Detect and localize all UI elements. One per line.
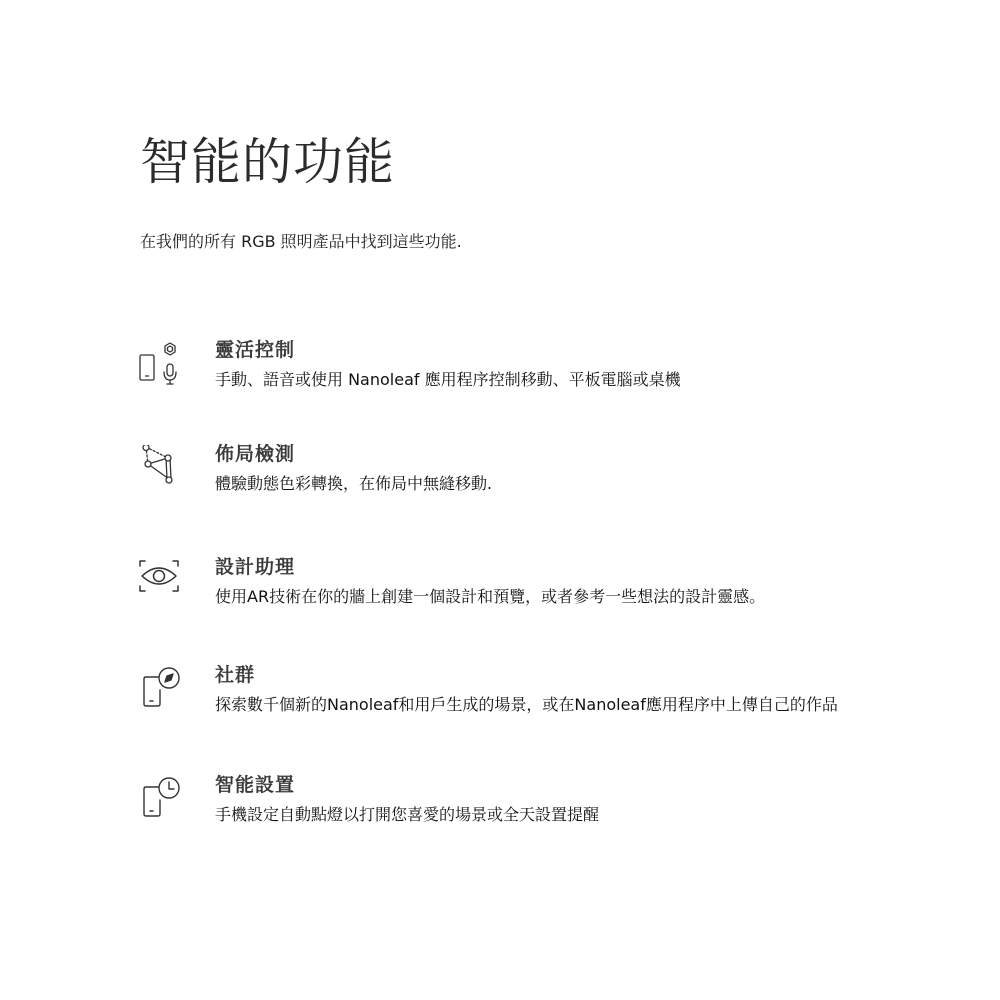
feature-description: 手動、語音或使用 Nanoleaf 應用程序控制移動、平板電腦或桌機: [215, 369, 681, 391]
feature-community: 社群 探索數千個新的Nanoleaf和用戶生成的場景，或在Nanoleaf應用程…: [136, 662, 936, 732]
feature-description: 手機設定自動點燈以打開您喜愛的場景或全天設置提醒: [215, 804, 599, 826]
feature-layout-detection: 佈局檢測 體驗動態色彩轉換，在佈局中無縫移動.: [136, 441, 936, 511]
phone-compass-icon: [136, 666, 186, 716]
page-subtitle: 在我們的所有 RGB 照明產品中找到這些功能.: [140, 231, 462, 253]
feature-title: 社群: [215, 662, 255, 688]
layout-detection-icon: [136, 445, 186, 495]
feature-description: 使用AR技術在你的牆上創建一個設計和預覽，或者參考一些想法的設計靈感。: [215, 586, 765, 608]
feature-title: 智能設置: [215, 772, 295, 798]
feature-smart-settings: 智能設置 手機設定自動點燈以打開您喜愛的場景或全天設置提醒: [136, 772, 936, 842]
feature-title: 設計助理: [215, 554, 295, 580]
phone-clock-icon: [136, 776, 186, 826]
ar-eye-scan-icon: [136, 558, 186, 608]
page-title: 智能的功能: [140, 132, 395, 192]
feature-design-assistant: 設計助理 使用AR技術在你的牆上創建一個設計和預覽，或者參考一些想法的設計靈感。: [136, 554, 936, 624]
feature-flexible-control: 靈活控制 手動、語音或使用 Nanoleaf 應用程序控制移動、平板電腦或桌機: [136, 337, 936, 407]
phone-voice-control-icon: [136, 341, 186, 391]
feature-description: 體驗動態色彩轉換，在佈局中無縫移動.: [215, 473, 492, 495]
feature-title: 佈局檢測: [215, 441, 295, 467]
feature-title: 靈活控制: [215, 337, 295, 363]
feature-description: 探索數千個新的Nanoleaf和用戶生成的場景，或在Nanoleaf應用程序中上…: [215, 694, 838, 716]
